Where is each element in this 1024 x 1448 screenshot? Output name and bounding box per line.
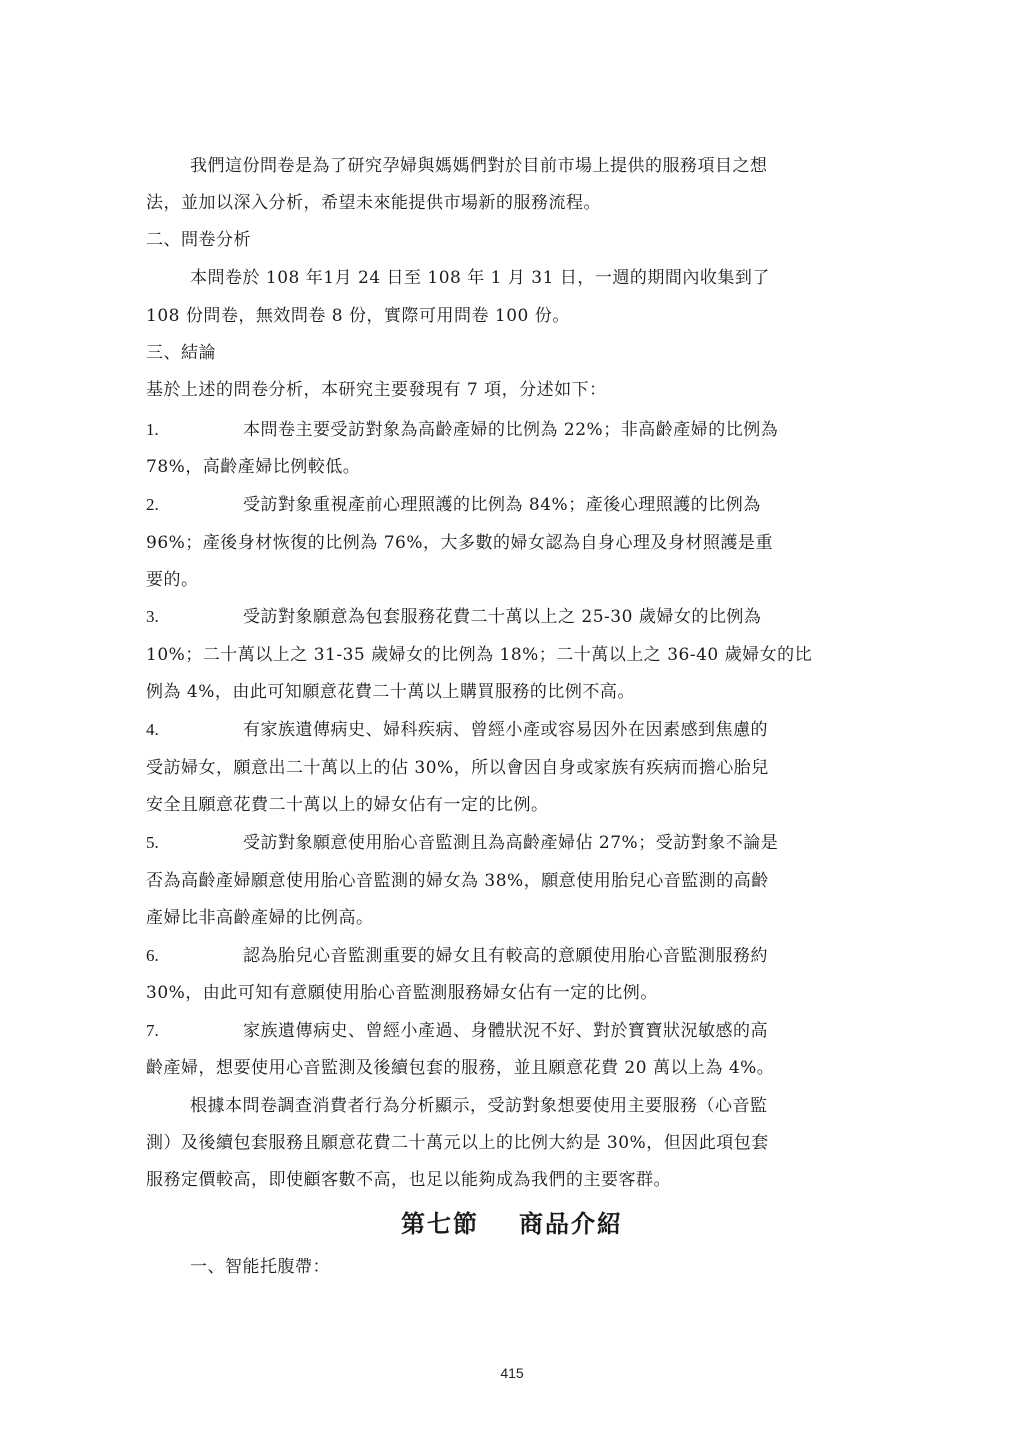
list-item-line: 家族遺傳病史、曾經小產過、身體狀況不好、對於寶寶狀況敏感的高	[243, 1019, 873, 1043]
list-item-line: 安全且願意花費二十萬以上的婦女佔有一定的比例。	[146, 793, 876, 817]
analysis-line-1: 本問卷於 108 年1月 24 日至 108 年 1 月 31 日，一週的期間內…	[190, 266, 920, 290]
document-page: 我們這份問卷是為了研究孕婦與媽媽們對於目前市場上提供的服務項目之想 法，並加以深…	[0, 0, 1024, 1448]
list-item-line: 78%，高齡產婦比例較低。	[146, 455, 876, 479]
section-title-number: 第七節	[401, 1209, 479, 1238]
conclusion-lead: 基於上述的問卷分析，本研究主要發現有 7 項，分述如下：	[146, 378, 876, 402]
list-item-number: 5.	[146, 831, 159, 855]
list-item-number: 6.	[146, 944, 159, 968]
section-title-text: 商品介紹	[519, 1209, 623, 1238]
list-item-line: 受訪婦女，願意出二十萬以上的佔 30%，所以會因自身或家族有疾病而擔心胎兒	[146, 756, 876, 780]
section-title: 第七節商品介紹	[0, 1208, 1024, 1240]
summary-line-2: 測）及後續包套服務且願意花費二十萬元以上的比例大約是 30%，但因此項包套	[146, 1131, 876, 1155]
list-item-line: 齡產婦，想要使用心音監測及後續包套的服務，並且願意花費 20 萬以上為 4%。	[146, 1056, 876, 1080]
section-heading-conclusion: 三、結論	[146, 341, 876, 365]
list-item-line: 要的。	[146, 568, 876, 592]
list-item-line: 96%；產後身材恢復的比例為 76%，大多數的婦女認為自身心理及身材照護是重	[146, 531, 876, 555]
list-item-line: 例為 4%，由此可知願意花費二十萬以上購買服務的比例不高。	[146, 680, 876, 704]
list-item-number: 2.	[146, 493, 159, 517]
list-item-line: 30%，由此可知有意願使用胎心音監測服務婦女佔有一定的比例。	[146, 981, 876, 1005]
list-item-line: 本問卷主要受訪對象為高齡產婦的比例為 22%；非高齡產婦的比例為	[243, 418, 873, 442]
intro-line-2: 法，並加以深入分析，希望未來能提供市場新的服務流程。	[146, 191, 876, 215]
intro-line-1: 我們這份問卷是為了研究孕婦與媽媽們對於目前市場上提供的服務項目之想	[190, 154, 920, 178]
list-item-number: 4.	[146, 718, 159, 742]
list-item-line: 產婦比非高齡產婦的比例高。	[146, 906, 876, 930]
list-item-line: 受訪對象願意使用胎心音監測且為高齡產婦佔 27%；受訪對象不論是	[243, 831, 873, 855]
list-item-number: 1.	[146, 418, 159, 442]
section-heading-questionnaire-analysis: 二、問卷分析	[146, 228, 876, 252]
summary-line-1: 根據本問卷調查消費者行為分析顯示，受訪對象想要使用主要服務（心音監	[190, 1094, 920, 1118]
subheading-smart-belly-belt: 一、智能托腹帶：	[190, 1255, 920, 1279]
list-item-line: 10%；二十萬以上之 31-35 歲婦女的比例為 18%；二十萬以上之 36-4…	[146, 643, 876, 667]
list-item-line: 認為胎兒心音監測重要的婦女且有較高的意願使用胎心音監測服務約	[243, 944, 873, 968]
list-item-line: 受訪對象重視產前心理照護的比例為 84%；產後心理照護的比例為	[243, 493, 873, 517]
list-item-number: 7.	[146, 1019, 159, 1043]
summary-line-3: 服務定價較高，即使顧客數不高，也足以能夠成為我們的主要客群。	[146, 1168, 876, 1192]
list-item-line: 有家族遺傳病史、婦科疾病、曾經小產或容易因外在因素感到焦慮的	[243, 718, 873, 742]
list-item-line: 否為高齡產婦願意使用胎心音監測的婦女為 38%，願意使用胎兒心音監測的高齡	[146, 869, 876, 893]
list-item-line: 受訪對象願意為包套服務花費二十萬以上之 25-30 歲婦女的比例為	[243, 605, 873, 629]
analysis-line-2: 108 份問卷，無效問卷 8 份，實際可用問卷 100 份。	[146, 304, 876, 328]
page-number: 415	[0, 1365, 1024, 1381]
list-item-number: 3.	[146, 605, 159, 629]
